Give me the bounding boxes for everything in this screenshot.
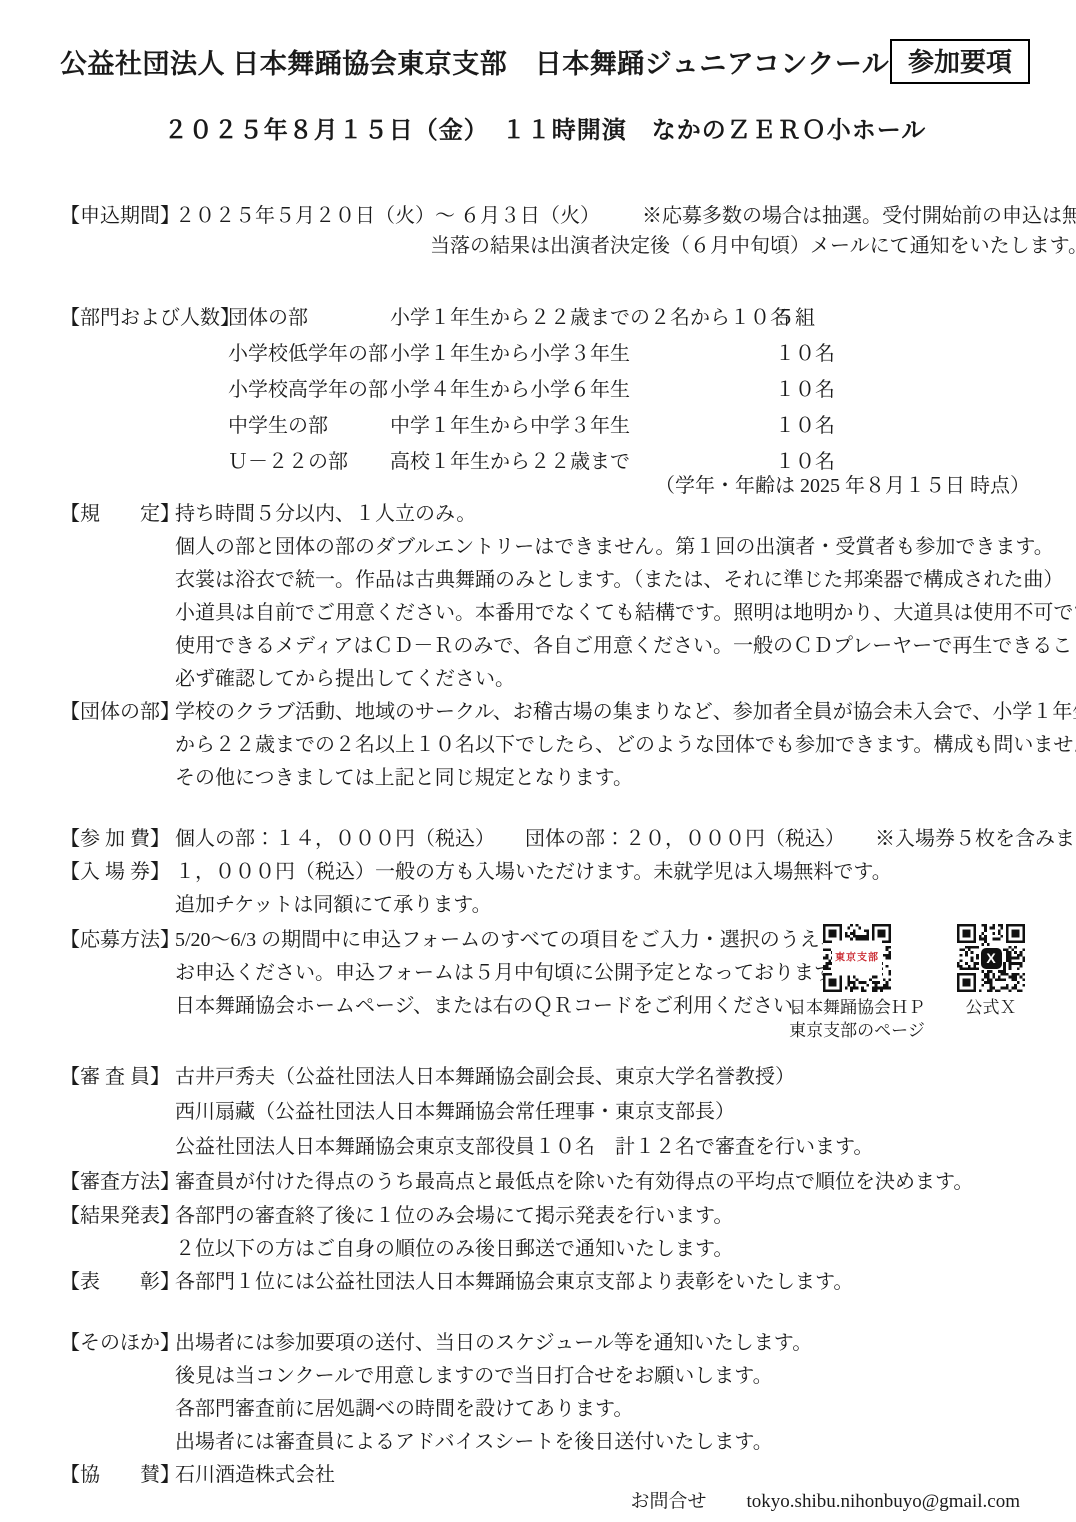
division-capacity: ５組: [775, 301, 815, 337]
group-rule-line: その他につきましては上記と同じ規定となります。: [175, 762, 1030, 795]
section-label: 【結果発表】: [60, 1200, 175, 1266]
section-label: 【審 査 員】: [60, 1060, 175, 1165]
division-eligibility: 小学１年生から２２歳までの２名から１０名: [390, 301, 775, 337]
ticket-line: 追加チケットは同額にて承ります。: [175, 889, 1030, 922]
rule-line: 衣裳は浴衣で統一。作品は古典舞踊のみとします。（または、それに準じた邦楽器で構成…: [175, 564, 1030, 597]
division-capacity: １０名: [775, 409, 835, 445]
section-group-division: 【団体の部】 学校のクラブ活動、地域のサークル、お稽古場の集まりなど、参加者全員…: [60, 696, 1030, 795]
table-row: 小学校高学年の部 小学４年生から小学６年生 １０名: [228, 373, 1030, 409]
application-period-note: ※応募多数の場合は抽選。受付開始前の申込は無効。: [642, 201, 1076, 231]
qr-caption-official-x: 公式Ｘ: [966, 996, 1017, 1019]
division-eligibility: 中学１年生から中学３年生: [390, 409, 775, 445]
section-judges: 【審 査 員】 古井戸秀夫（公益社団法人日本舞踊協会副会長、東京大学名誉教授） …: [60, 1060, 1030, 1165]
division-name: 中学生の部: [228, 409, 390, 445]
section-label: 【申込期間】: [60, 201, 175, 261]
group-rule-line: 学校のクラブ活動、地域のサークル、お稽古場の集まりなど、参加者全員が協会未入会で…: [175, 696, 1030, 729]
section-label: 【そのほか】: [60, 1327, 175, 1459]
contact-label: お問合せ: [631, 1491, 707, 1512]
section-other: 【そのほか】 出場者には参加要項の送付、当日のスケジュール等を通知いたします。 …: [60, 1327, 1030, 1459]
qr-code-x-icon: X: [957, 924, 1025, 992]
application-result-notice: 当落の結果は出演者決定後（６月中旬頃）メールにて通知をいたします。: [430, 231, 1030, 261]
qr-code-homepage-icon: 東京支部: [823, 924, 891, 992]
division-name: 小学校高学年の部: [228, 373, 390, 409]
judge-line: 古井戸秀夫（公益社団法人日本舞踊協会副会長、東京大学名誉教授）: [175, 1060, 1030, 1095]
table-row: 小学校低学年の部 小学１年生から小学３年生 １０名: [228, 337, 1030, 373]
qr-codes: 東京支部 日本舞踊協会ＨＰ 東京支部のページ X 公式: [792, 924, 1030, 1042]
division-capacity: １０名: [775, 373, 835, 409]
x-logo-icon: X: [979, 946, 1003, 970]
section-divisions: 【部門および人数】 団体の部 小学１年生から２２歳までの２名から１０名 ５組 小…: [60, 301, 1030, 481]
ticket-line: １，０００円（税込）一般の方も入場いただけます。未就学児は入場無料です。: [175, 856, 1030, 889]
apply-line: 5/20～6/3 の期間中に申込フォームのすべての項目をご入力・選択のうえ、: [175, 924, 835, 957]
division-name: Ｕ－２２の部: [228, 445, 390, 481]
other-line: 各部門審査前に居処調べの時間を設けてあります。: [175, 1393, 1030, 1426]
apply-line: お申込ください。申込フォームは５月中旬頃に公開予定となっております。: [175, 957, 835, 990]
section-label: 【応募方法】: [60, 924, 175, 1044]
judge-line: 西川扇藏（公益社団法人日本舞踊協会常任理事・東京支部長）: [175, 1095, 1030, 1130]
rule-line: 個人の部と団体の部のダブルエントリーはできません。第１回の出演者・受賞者も参加で…: [175, 531, 1030, 564]
section-label: 【協 賛】: [60, 1459, 175, 1492]
rule-line: 使用できるメディアはＣＤ－Ｒのみで、各自ご用意ください。一般のＣＤプレーヤーで再…: [175, 630, 1030, 663]
contact-email: tokyo.shibu.nihonbuyo@gmail.com: [747, 1491, 1020, 1512]
table-row: 中学生の部 中学１年生から中学３年生 １０名: [228, 409, 1030, 445]
section-results: 【結果発表】 各部門の審査終了後に１位のみ会場にて掲示発表を行います。 ２位以下…: [60, 1200, 1030, 1266]
results-line: 各部門の審査終了後に１位のみ会場にて掲示発表を行います。: [175, 1200, 1030, 1233]
qr-item-official-x: X 公式Ｘ: [952, 924, 1030, 1019]
awards-text: 各部門１位には公益社団法人日本舞踊協会東京支部より表彰をいたします。: [175, 1266, 1030, 1299]
judge-line: 公益社団法人日本舞踊協会東京支部役員１０名 計１２名で審査を行います。: [175, 1130, 1030, 1165]
other-line: 出場者には参加要項の送付、当日のスケジュール等を通知いたします。: [175, 1327, 1030, 1360]
qr-item-homepage: 東京支部 日本舞踊協会ＨＰ 東京支部のページ: [792, 924, 922, 1042]
page-title: 公益社団法人 日本舞踊協会東京支部 日本舞踊ジュニアコンクール: [60, 42, 889, 81]
division-name: 小学校低学年の部: [228, 337, 390, 373]
event-date-venue: ２０２５年８月１５日（金） １１時開演 なかのＺＥＲＯ小ホール: [60, 110, 1030, 145]
apply-line: 日本舞踊協会ホームページ、または右のＱＲコードをご利用ください。: [175, 990, 835, 1023]
rule-line: 小道具は自前でご用意ください。本番用でなくても結構です。照明は地明かり、大道具は…: [175, 597, 1030, 630]
judging-method-text: 審査員が付けた得点のうち最高点と最低点を除いた有効得点の平均点で順位を決めます。: [175, 1165, 1030, 1200]
header: 公益社団法人 日本舞踊協会東京支部 日本舞踊ジュニアコンクール 参加要項: [60, 38, 1030, 84]
section-label: 【入 場 券】: [60, 856, 175, 922]
guidelines-badge: 参加要項: [890, 39, 1030, 84]
rule-line: 必ず確認してから提出してください。: [175, 663, 1030, 696]
division-capacity: １０名: [775, 337, 835, 373]
section-label: 【表 彰】: [60, 1266, 175, 1299]
application-period-dates: ２０２５年５月２０日（火）～ ６月３日（火）: [175, 201, 600, 231]
section-label: 【団体の部】: [60, 696, 175, 795]
document-page: 公益社団法人 日本舞踊協会東京支部 日本舞踊ジュニアコンクール 参加要項 ２０２…: [0, 0, 1076, 1513]
entry-fee-text: 個人の部：１４，０００円（税込） 団体の部：２０，０００円（税込） ※入場券５枚…: [175, 823, 1030, 856]
section-application-period: 【申込期間】 ２０２５年５月２０日（火）～ ６月３日（火） ※応募多数の場合は抽…: [60, 201, 1030, 261]
division-name: 団体の部: [228, 301, 390, 337]
qr-overlay-tokyo-shibu: 東京支部: [832, 941, 882, 976]
section-awards: 【表 彰】 各部門１位には公益社団法人日本舞踊協会東京支部より表彰をいたします。: [60, 1266, 1030, 1299]
group-rule-line: から２２歳までの２名以上１０名以下でしたら、どのような団体でも参加できます。構成…: [175, 729, 1030, 762]
other-line: 出場者には審査員によるアドバイスシートを後日送付いたします。: [175, 1426, 1030, 1459]
division-eligibility: 小学１年生から小学３年生: [390, 337, 775, 373]
rule-line: 持ち時間５分以内、１人立のみ。: [175, 498, 1030, 531]
section-entry-fee: 【参 加 費】 個人の部：１４，０００円（税込） 団体の部：２０，０００円（税込…: [60, 823, 1030, 856]
section-label: 【審査方法】: [60, 1165, 175, 1200]
section-label: 【部門および人数】: [60, 301, 228, 481]
section-judging-method: 【審査方法】 審査員が付けた得点のうち最高点と最低点を除いた有効得点の平均点で順…: [60, 1165, 1030, 1200]
qr-caption-homepage-line1: 日本舞踊協会ＨＰ: [789, 996, 925, 1019]
section-how-to-apply: 【応募方法】 5/20～6/3 の期間中に申込フォームのすべての項目をご入力・選…: [60, 924, 1030, 1044]
results-line: ２位以下の方はご自身の順位のみ後日郵送で通知いたします。: [175, 1233, 1030, 1266]
section-label: 【参 加 費】: [60, 823, 175, 856]
qr-caption-homepage-line2: 東京支部のページ: [789, 1019, 925, 1042]
table-row: 団体の部 小学１年生から２２歳までの２名から１０名 ５組: [228, 301, 1030, 337]
division-eligibility: 小学４年生から小学６年生: [390, 373, 775, 409]
section-rules: 【規 定】 持ち時間５分以内、１人立のみ。 個人の部と団体の部のダブルエントリー…: [60, 498, 1030, 696]
section-admission-ticket: 【入 場 券】 １，０００円（税込）一般の方も入場いただけます。未就学児は入場無…: [60, 856, 1030, 922]
section-label: 【規 定】: [60, 498, 175, 696]
other-line: 後見は当コンクールで用意しますので当日打合せをお願いします。: [175, 1360, 1030, 1393]
